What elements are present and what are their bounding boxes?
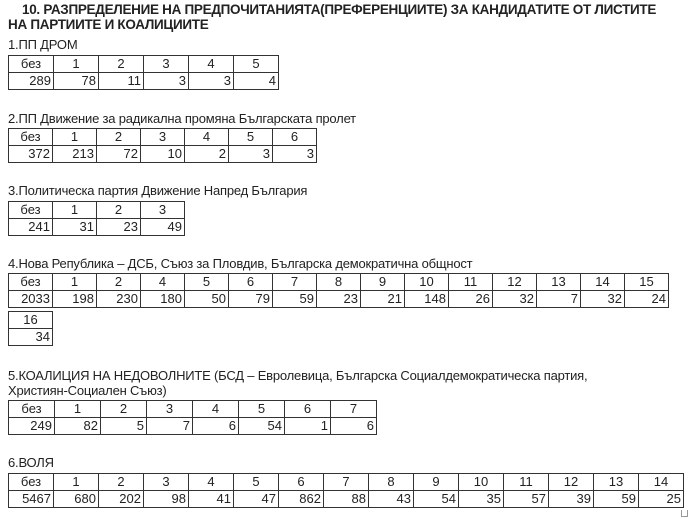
header-cell: 6 <box>229 274 273 291</box>
preferences-table-4: без1245678910111213141520331982301805079… <box>8 273 669 308</box>
header-cell: без <box>9 474 54 491</box>
value-cell: 249 <box>9 418 55 435</box>
header-cell: 8 <box>317 274 361 291</box>
value-cell: 43 <box>369 491 414 508</box>
section-label-5-line2: Християн-Социален Съюз) <box>8 383 587 398</box>
value-cell: 862 <box>279 491 324 508</box>
header-cell: 11 <box>504 474 549 491</box>
value-cell: 680 <box>54 491 99 508</box>
preferences-table-5: без1234567249825765416 <box>8 400 377 435</box>
header-cell: 12 <box>493 274 537 291</box>
value-cell: 26 <box>449 291 493 308</box>
header-cell: 6 <box>273 129 317 146</box>
header-cell: 1 <box>54 56 99 73</box>
value-cell: 7 <box>147 418 193 435</box>
title-line-2: НА ПАРТИИТЕ И КОАЛИЦИИТЕ <box>8 17 688 32</box>
header-row: без123456 <box>9 129 317 146</box>
values-row: 241312349 <box>9 219 185 236</box>
header-cell: 2 <box>101 401 147 418</box>
preferences-table-3: без123241312349 <box>8 201 185 236</box>
section-label-5-line1: 5.КОАЛИЦИЯ НА НЕДОВОЛНИТЕ (БСД – Евролев… <box>8 368 587 383</box>
value-cell: 202 <box>99 491 144 508</box>
value-cell: 3 <box>273 146 317 163</box>
header-cell: без <box>9 202 53 219</box>
value-cell: 32 <box>581 291 625 308</box>
value-cell: 198 <box>53 291 97 308</box>
header-cell: 3 <box>147 401 193 418</box>
section-label-3: 3.Политическа партия Движение Напред Бъл… <box>8 183 307 198</box>
header-cell: 13 <box>594 474 639 491</box>
values-row: 20331982301805079592321148263273224 <box>9 291 669 308</box>
header-cell: без <box>9 129 53 146</box>
value-cell: 31 <box>53 219 97 236</box>
header-cell: 8 <box>369 474 414 491</box>
value-cell: 23 <box>317 291 361 308</box>
value-cell: 1 <box>285 418 331 435</box>
value-cell: 78 <box>54 73 99 90</box>
header-row: без1234567891011121314 <box>9 474 684 491</box>
value-cell: 23 <box>97 219 141 236</box>
header-cell: 7 <box>331 401 377 418</box>
header-row: без1234567 <box>9 401 377 418</box>
header-cell: 3 <box>144 56 189 73</box>
header-cell: 3 <box>141 129 185 146</box>
header-cell: 11 <box>449 274 493 291</box>
value-cell: 3 <box>189 73 234 90</box>
value-cell: 54 <box>239 418 285 435</box>
header-cell: 6 <box>279 474 324 491</box>
value-cell: 241 <box>9 219 53 236</box>
header-cell: без <box>9 274 53 291</box>
header-cell: 3 <box>144 474 189 491</box>
value-cell: 5 <box>101 418 147 435</box>
value-cell: 6 <box>331 418 377 435</box>
value-cell: 82 <box>55 418 101 435</box>
header-cell: 7 <box>273 274 317 291</box>
value-cell: 47 <box>234 491 279 508</box>
values-row: 34 <box>9 329 53 346</box>
header-cell: 1 <box>53 129 97 146</box>
value-cell: 289 <box>9 73 54 90</box>
values-row: 2897811334 <box>9 73 279 90</box>
section-label-2: 2.ПП Движение за радикална промяна Бълга… <box>8 111 356 126</box>
preferences-table-2: без1234563722137210233 <box>8 128 317 163</box>
value-cell: 59 <box>273 291 317 308</box>
header-cell: 4 <box>185 129 229 146</box>
value-cell: 180 <box>141 291 185 308</box>
section-label-6: 6.ВОЛЯ <box>8 455 54 470</box>
section-label-5: 5.КОАЛИЦИЯ НА НЕДОВОЛНИТЕ (БСД – Евролев… <box>8 368 587 398</box>
value-cell: 3 <box>144 73 189 90</box>
header-cell: 1 <box>55 401 101 418</box>
title-line-1: 10. РАЗПРЕДЕЛЕНИЕ НА ПРЕДПОЧИТАНИЯТА(ПРЕ… <box>8 2 688 17</box>
value-cell: 10 <box>141 146 185 163</box>
value-cell: 21 <box>361 291 405 308</box>
header-cell: 10 <box>459 474 504 491</box>
values-row: 3722137210233 <box>9 146 317 163</box>
value-cell: 24 <box>625 291 669 308</box>
preferences-table-4-overflow: 1634 <box>8 311 53 346</box>
value-cell: 79 <box>229 291 273 308</box>
header-cell: 13 <box>537 274 581 291</box>
value-cell: 213 <box>53 146 97 163</box>
header-row: без123 <box>9 202 185 219</box>
value-cell: 7 <box>537 291 581 308</box>
header-cell: 6 <box>285 401 331 418</box>
value-cell: 41 <box>189 491 234 508</box>
value-cell: 2033 <box>9 291 53 308</box>
header-cell: 9 <box>414 474 459 491</box>
header-cell: 4 <box>141 274 185 291</box>
value-cell: 230 <box>97 291 141 308</box>
header-cell: 10 <box>405 274 449 291</box>
header-cell: без <box>9 56 54 73</box>
header-cell: 5 <box>234 56 279 73</box>
value-cell: 34 <box>9 329 53 346</box>
header-row: 16 <box>9 312 53 329</box>
header-cell: 1 <box>53 202 97 219</box>
header-cell: 2 <box>97 129 141 146</box>
preferences-table-1: без123452897811334 <box>8 55 279 90</box>
header-cell: 2 <box>97 202 141 219</box>
header-row: без12345 <box>9 56 279 73</box>
values-row: 54676802029841478628843543557395925 <box>9 491 684 508</box>
header-cell: без <box>9 401 55 418</box>
header-row: без12456789101112131415 <box>9 274 669 291</box>
value-cell: 5467 <box>9 491 54 508</box>
value-cell: 59 <box>594 491 639 508</box>
value-cell: 11 <box>99 73 144 90</box>
header-cell: 5 <box>229 129 273 146</box>
value-cell: 54 <box>414 491 459 508</box>
preferences-table-6: без1234567891011121314546768020298414786… <box>8 473 684 508</box>
value-cell: 35 <box>459 491 504 508</box>
value-cell: 25 <box>639 491 684 508</box>
document-title: 10. РАЗПРЕДЕЛЕНИЕ НА ПРЕДПОЧИТАНИЯТА(ПРЕ… <box>8 2 688 32</box>
header-cell: 3 <box>141 202 185 219</box>
section-label-1: 1.ПП ДРОМ <box>8 37 77 52</box>
header-cell: 5 <box>234 474 279 491</box>
value-cell: 372 <box>9 146 53 163</box>
header-cell: 4 <box>189 56 234 73</box>
header-cell: 7 <box>324 474 369 491</box>
header-cell: 5 <box>239 401 285 418</box>
header-cell: 1 <box>53 274 97 291</box>
value-cell: 6 <box>193 418 239 435</box>
header-cell: 12 <box>549 474 594 491</box>
header-cell: 2 <box>99 56 144 73</box>
value-cell: 50 <box>185 291 229 308</box>
value-cell: 32 <box>493 291 537 308</box>
value-cell: 88 <box>324 491 369 508</box>
values-row: 249825765416 <box>9 418 377 435</box>
page-corner-mark <box>681 510 688 517</box>
header-cell: 9 <box>361 274 405 291</box>
value-cell: 2 <box>185 146 229 163</box>
header-cell: 14 <box>639 474 684 491</box>
header-cell: 2 <box>97 274 141 291</box>
value-cell: 49 <box>141 219 185 236</box>
value-cell: 148 <box>405 291 449 308</box>
section-label-4: 4.Нова Република – ДСБ, Съюз за Пловдив,… <box>8 256 472 271</box>
header-cell: 16 <box>9 312 53 329</box>
value-cell: 39 <box>549 491 594 508</box>
value-cell: 72 <box>97 146 141 163</box>
header-cell: 4 <box>189 474 234 491</box>
header-cell: 5 <box>185 274 229 291</box>
header-cell: 4 <box>193 401 239 418</box>
value-cell: 4 <box>234 73 279 90</box>
value-cell: 98 <box>144 491 189 508</box>
header-cell: 14 <box>581 274 625 291</box>
value-cell: 3 <box>229 146 273 163</box>
header-cell: 15 <box>625 274 669 291</box>
value-cell: 57 <box>504 491 549 508</box>
header-cell: 1 <box>54 474 99 491</box>
header-cell: 2 <box>99 474 144 491</box>
